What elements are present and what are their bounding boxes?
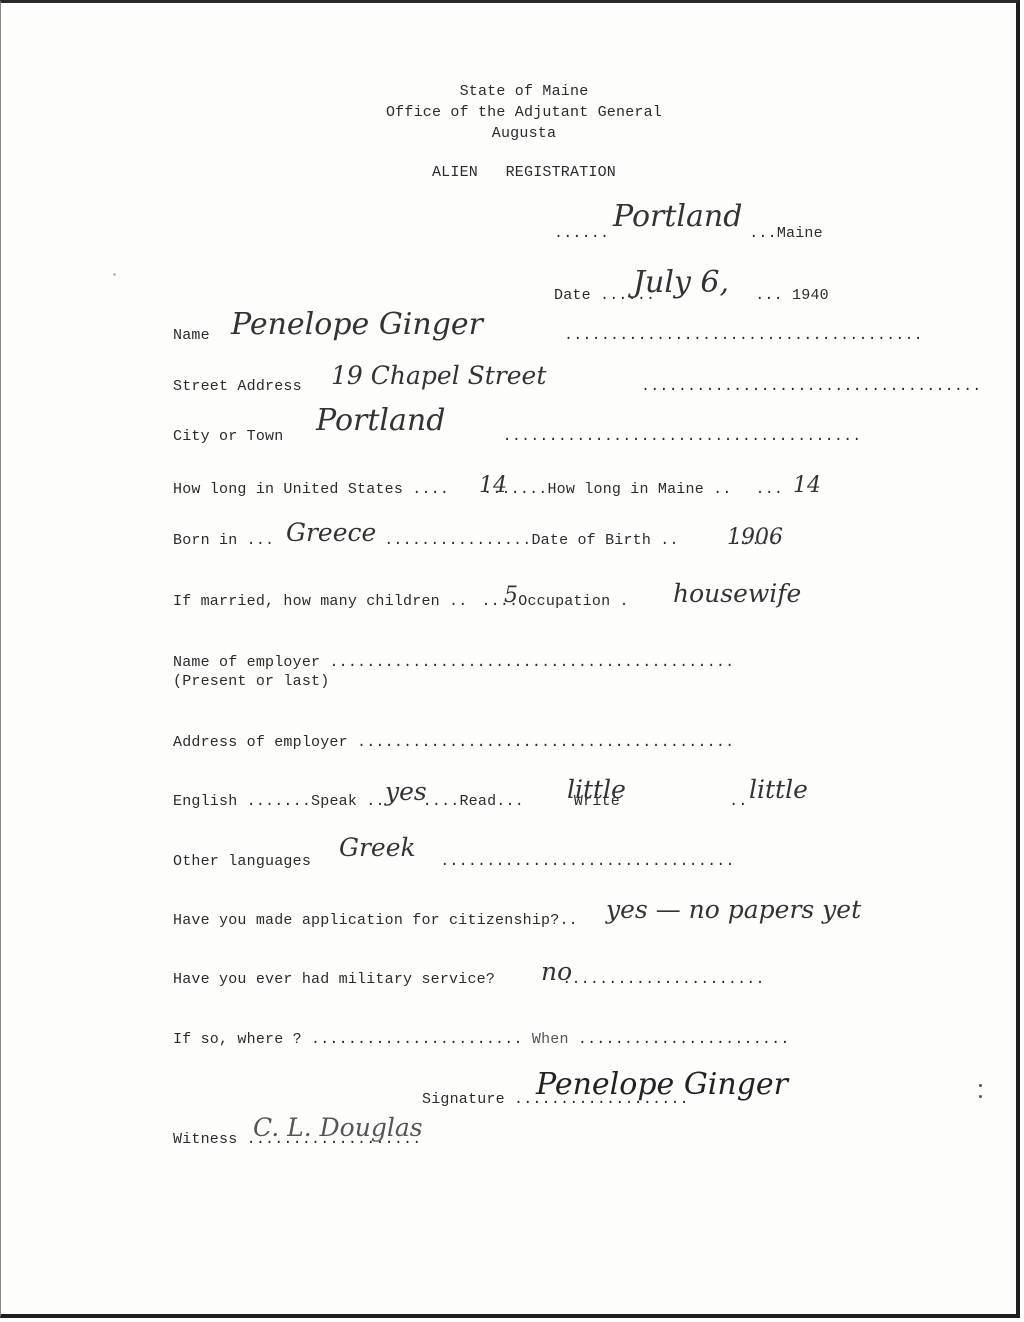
street-address-value[interactable]: 19 Chapel Street — [331, 361, 546, 390]
speak-label: Speak — [311, 793, 357, 810]
occupation-value[interactable]: housewife — [673, 579, 801, 608]
other-languages-row: Other languages ........................… — [173, 853, 735, 870]
employer-name-row: Name of employer .......................… — [173, 654, 734, 671]
read-label: Read — [459, 793, 496, 810]
citizenship-value[interactable]: yes — no papers yet — [606, 895, 861, 924]
english-row: English .......Speak ......Read...Write … — [173, 793, 748, 810]
date-of-birth-label: Date of Birth — [531, 532, 651, 549]
name-value[interactable]: Penelope Ginger — [231, 307, 483, 342]
citizenship-label: Have you made application for citizenshi… — [173, 912, 559, 929]
location-suffix: ...Maine — [749, 225, 823, 242]
other-languages-label: Other languages — [173, 853, 311, 870]
speak-value[interactable]: yes — [385, 777, 427, 806]
military-label: Have you ever had military service? — [173, 971, 495, 988]
scan-mark — [113, 273, 116, 276]
location-value[interactable]: Portland — [613, 199, 742, 234]
born-in-value[interactable]: Greece — [286, 518, 376, 547]
city-value[interactable]: Portland — [316, 403, 445, 438]
children-value[interactable]: 5 — [504, 583, 518, 608]
witness-label: Witness — [173, 1131, 237, 1148]
write-value[interactable]: little — [749, 775, 808, 804]
employer-name-sublabel: (Present or last) — [173, 673, 329, 690]
header-office: Office of the Adjutant General — [1, 104, 1024, 121]
how-long-us-label: How long in United States — [173, 481, 403, 498]
born-in-label: Born in — [173, 532, 237, 549]
form-title: ALIEN REGISTRATION — [1, 164, 1024, 181]
signature-label: Signature — [422, 1091, 505, 1108]
military-row: Have you ever had military service? ....… — [173, 971, 765, 988]
employer-address-field[interactable]: ........................................… — [357, 734, 734, 751]
military-value[interactable]: no — [541, 957, 572, 986]
read-value[interactable]: little — [567, 775, 626, 804]
children-occupation-row: If married, how many children ......Occu… — [173, 593, 629, 610]
how-long-maine-label: How long in Maine — [547, 481, 703, 498]
where-when-row: If so, where ? ....................... W… — [173, 1031, 790, 1048]
other-languages-value[interactable]: Greek — [339, 833, 416, 862]
how-long-maine-value[interactable]: 14 — [793, 473, 821, 498]
header-state: State of Maine — [1, 83, 1024, 100]
name-label: Name — [173, 327, 210, 344]
date-year: 1940 — [792, 287, 829, 304]
where-field[interactable]: ....................... — [311, 1031, 523, 1048]
date-of-birth-value[interactable]: 1906 — [727, 525, 783, 550]
scan-mark — [979, 1084, 982, 1087]
alien-registration-form: State of Maine Office of the Adjutant Ge… — [0, 0, 1020, 1318]
date-label: Date — [554, 287, 591, 304]
date-value[interactable]: July 6, — [633, 265, 729, 300]
employer-name-field[interactable]: ........................................… — [329, 654, 734, 671]
when-field[interactable]: ....................... — [578, 1031, 790, 1048]
children-label: If married, how many children — [173, 593, 440, 610]
signature-value[interactable]: Penelope Ginger — [536, 1067, 788, 1102]
citizenship-row: Have you made application for citizenshi… — [173, 912, 578, 929]
when-label: When — [532, 1031, 569, 1048]
occupation-label: Occupation — [518, 593, 610, 610]
employer-address-label: Address of employer — [173, 734, 348, 751]
witness-value[interactable]: C. L. Douglas — [253, 1113, 423, 1142]
street-address-label: Street Address — [173, 378, 302, 395]
employer-address-row: Address of employer ....................… — [173, 734, 734, 751]
how-long-us-value[interactable]: 14 — [479, 473, 507, 498]
city-label: City or Town — [173, 428, 283, 445]
street-address-row: Street Address .........................… — [173, 378, 982, 395]
english-label: English — [173, 793, 237, 810]
born-row: Born in ...................Date of Birth… — [173, 532, 779, 549]
scan-mark — [979, 1095, 982, 1098]
where-label: If so, where ? — [173, 1031, 302, 1048]
employer-name-label: Name of employer — [173, 654, 320, 671]
city-row: City or Town ...........................… — [173, 428, 861, 445]
header-city: Augusta — [1, 125, 1024, 142]
